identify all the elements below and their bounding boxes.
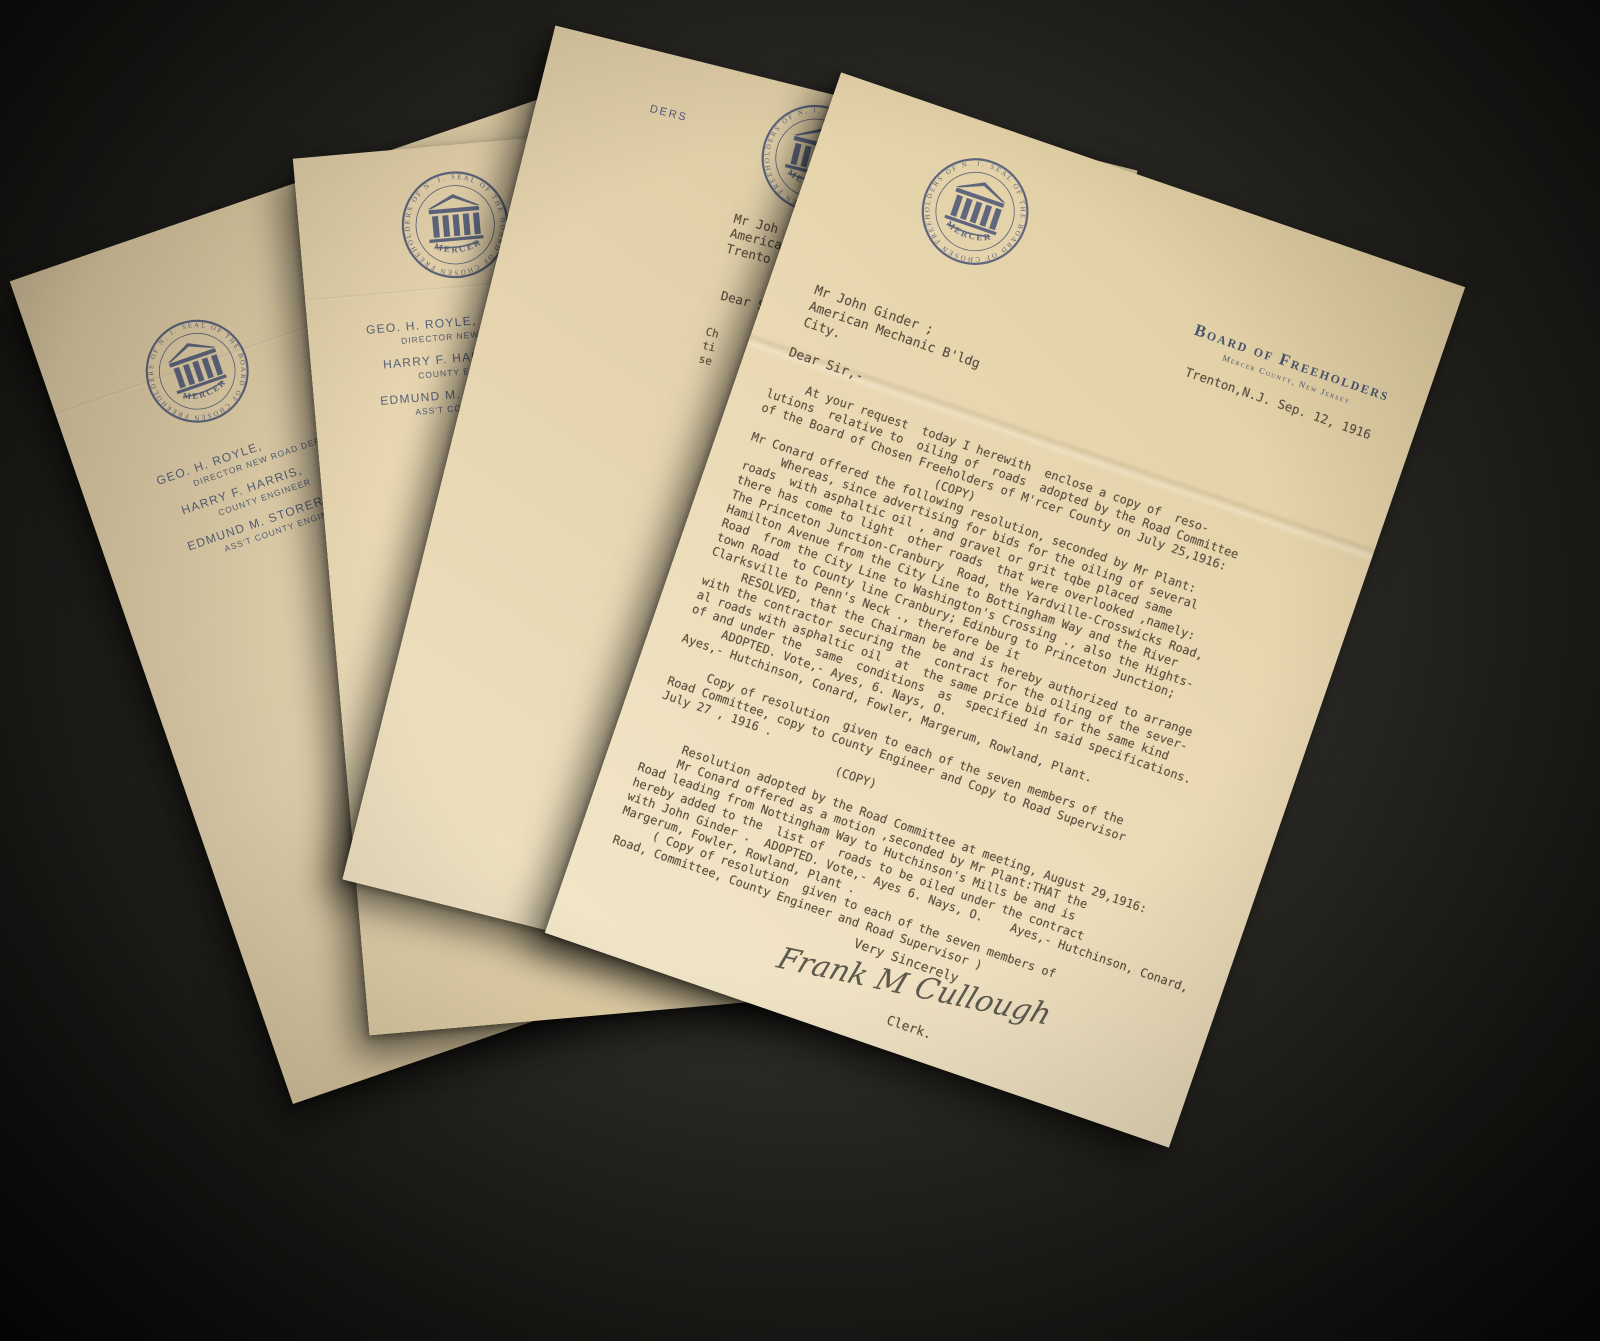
mercer-county-seal: SEAL OF THE BOARD OF CHOSEN FREEHOLDERS … — [129, 303, 266, 440]
letter-body: At your request today I herewith enclose… — [611, 372, 1334, 1039]
signer-title: Clerk. — [885, 1013, 934, 1042]
letterhead-org-block: Board of Freeholders Mercer County, New … — [1152, 311, 1419, 453]
photo-of-letters: SEAL OF THE BOARD OF CHOSEN FREEHOLDERS … — [0, 0, 1600, 1341]
printed-heading-fragment: DERS — [649, 103, 689, 124]
body-text-fragment: Ch ti se — [697, 325, 720, 369]
salutation: Dear Sir,- — [787, 345, 866, 385]
mercer-county-seal: SEAL OF THE BOARD OF CHOSEN FREEHOLDERS … — [904, 140, 1046, 282]
